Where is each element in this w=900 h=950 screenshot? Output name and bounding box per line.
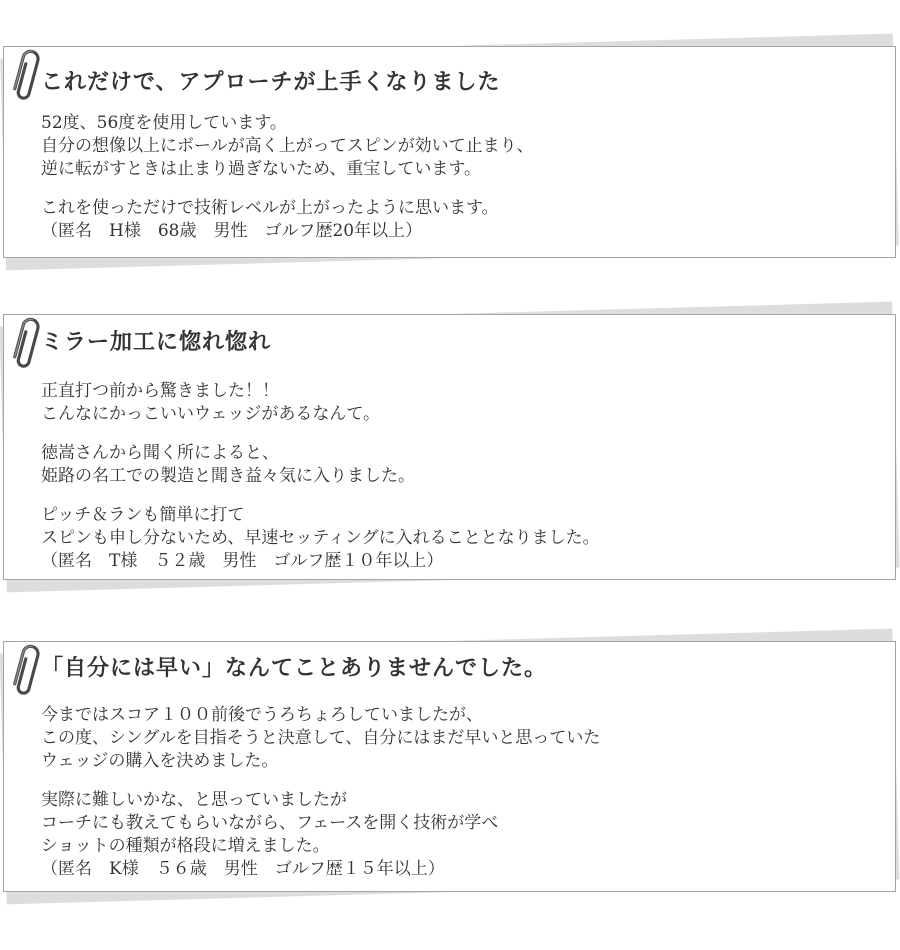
testimonial-line: ショットの種類が格段に増えました。 (41, 835, 871, 858)
testimonial-line (41, 488, 871, 504)
testimonial-attribution: （匿名 K様 ５６歳 男性 ゴルフ歴１５年以上） (41, 858, 871, 881)
testimonial-line (41, 181, 871, 197)
testimonial-body: 今まではスコア１００前後でうろちょろしていましたが、この度、シングルを目指そうと… (41, 704, 871, 858)
testimonial-line: 実際に難しいかな、と思っていましたが (41, 789, 871, 812)
testimonial-line: 自分の想像以上にボールが高く上がってスピンが効いて止まり、 (41, 135, 871, 158)
testimonial-line: 正直打つ前から驚きました！！ (41, 380, 871, 403)
testimonials-page: これだけで、アプローチが上手くなりました 52度、56度を使用しています。自分の… (0, 0, 900, 950)
note-paper: ミラー加工に惚れ惚れ 正直打つ前から驚きました！！こんなにかっこいいウェッジがあ… (3, 314, 896, 580)
note-paper: これだけで、アプローチが上手くなりました 52度、56度を使用しています。自分の… (3, 46, 896, 258)
testimonial-card-1: これだけで、アプローチが上手くなりました 52度、56度を使用しています。自分の… (3, 46, 896, 258)
testimonial-card-2: ミラー加工に惚れ惚れ 正直打つ前から驚きました！！こんなにかっこいいウェッジがあ… (3, 314, 896, 580)
testimonial-line: この度、シングルを目指そうと決意して、自分にはまだ早いと思っていた (41, 727, 871, 750)
testimonial-line: 徳嵩さんから聞く所によると、 (41, 442, 871, 465)
testimonial-line: スピンも申し分ないため、早速セッティングに入れることとなりました。 (41, 527, 871, 550)
testimonial-attribution: （匿名 T様 ５２歳 男性 ゴルフ歴１０年以上） (41, 550, 871, 573)
note-content: 「自分には早い」なんてことありませんでした。 今まではスコア１００前後でうろちょ… (4, 642, 895, 881)
note-content: これだけで、アプローチが上手くなりました 52度、56度を使用しています。自分の… (4, 47, 895, 243)
testimonial-line (41, 773, 871, 789)
testimonial-line: 52度、56度を使用しています。 (41, 112, 871, 135)
testimonial-title: ミラー加工に惚れ惚れ (41, 329, 871, 355)
testimonial-attribution: （匿名 H様 68歳 男性 ゴルフ歴20年以上） (41, 220, 871, 243)
testimonial-line: コーチにも教えてもらいながら、フェースを開く技術が学べ (41, 812, 871, 835)
testimonial-title: これだけで、アプローチが上手くなりました (41, 69, 871, 95)
testimonial-line: 今まではスコア１００前後でうろちょろしていましたが、 (41, 704, 871, 727)
testimonial-card-3: 「自分には早い」なんてことありませんでした。 今まではスコア１００前後でうろちょ… (3, 641, 896, 892)
note-paper: 「自分には早い」なんてことありませんでした。 今まではスコア１００前後でうろちょ… (3, 641, 896, 892)
testimonial-line: こんなにかっこいいウェッジがあるなんて。 (41, 403, 871, 426)
testimonial-line: ピッチ＆ランも簡単に打て (41, 504, 871, 527)
testimonial-body: 52度、56度を使用しています。自分の想像以上にボールが高く上がってスピンが効い… (41, 112, 871, 220)
testimonial-line: ウェッジの購入を決めました。 (41, 750, 871, 773)
testimonial-line: 姫路の名工での製造と聞き益々気に入りました。 (41, 465, 871, 488)
testimonial-body: 正直打つ前から驚きました！！こんなにかっこいいウェッジがあるなんて。徳嵩さんから… (41, 380, 871, 550)
testimonial-line: これを使っただけで技術レベルが上がったように思います。 (41, 197, 871, 220)
testimonial-line (41, 426, 871, 442)
note-content: ミラー加工に惚れ惚れ 正直打つ前から驚きました！！こんなにかっこいいウェッジがあ… (4, 315, 895, 573)
testimonial-line: 逆に転がすときは止まり過ぎないため、重宝しています。 (41, 158, 871, 181)
testimonial-title: 「自分には早い」なんてことありませんでした。 (41, 655, 871, 681)
